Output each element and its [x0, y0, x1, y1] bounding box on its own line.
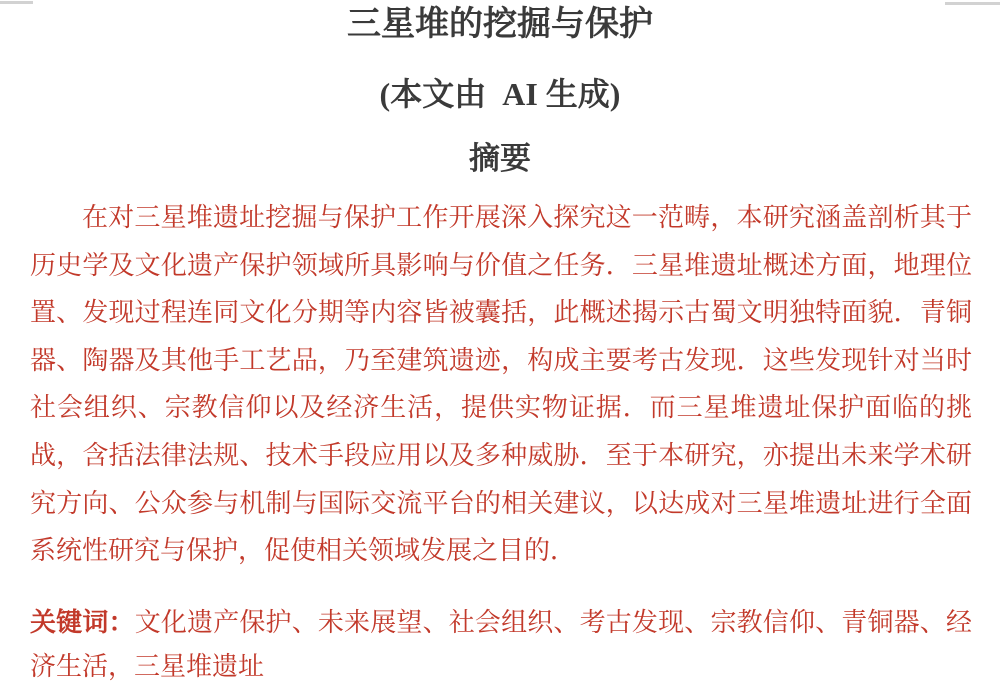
page-corner-mark-left [0, 1, 33, 4]
keywords-text: 文化遗产保护、未来展望、社会组织、考古发现、宗教信仰、青铜器、经济生活，三星堆遗… [30, 608, 972, 681]
document-page: 三星堆的挖掘与保护 (本文由 AI 生成) 摘要 在对三星堆遗址挖掘与保护工作开… [0, 0, 1000, 696]
keywords: 关键词：文化遗产保护、未来展望、社会组织、考古发现、宗教信仰、青铜器、经济生活，… [30, 601, 972, 689]
page-subtitle: (本文由 AI 生成) [0, 74, 1000, 114]
page-title: 三星堆的挖掘与保护 [0, 5, 1000, 45]
abstract-heading: 摘要 [0, 140, 1000, 178]
keywords-label: 关键词： [30, 608, 135, 637]
abstract-paragraph: 在对三星堆遗址挖掘与保护工作开展深入探究这一范畴，本研究涵盖剖析其于历史学及文化… [30, 194, 972, 575]
